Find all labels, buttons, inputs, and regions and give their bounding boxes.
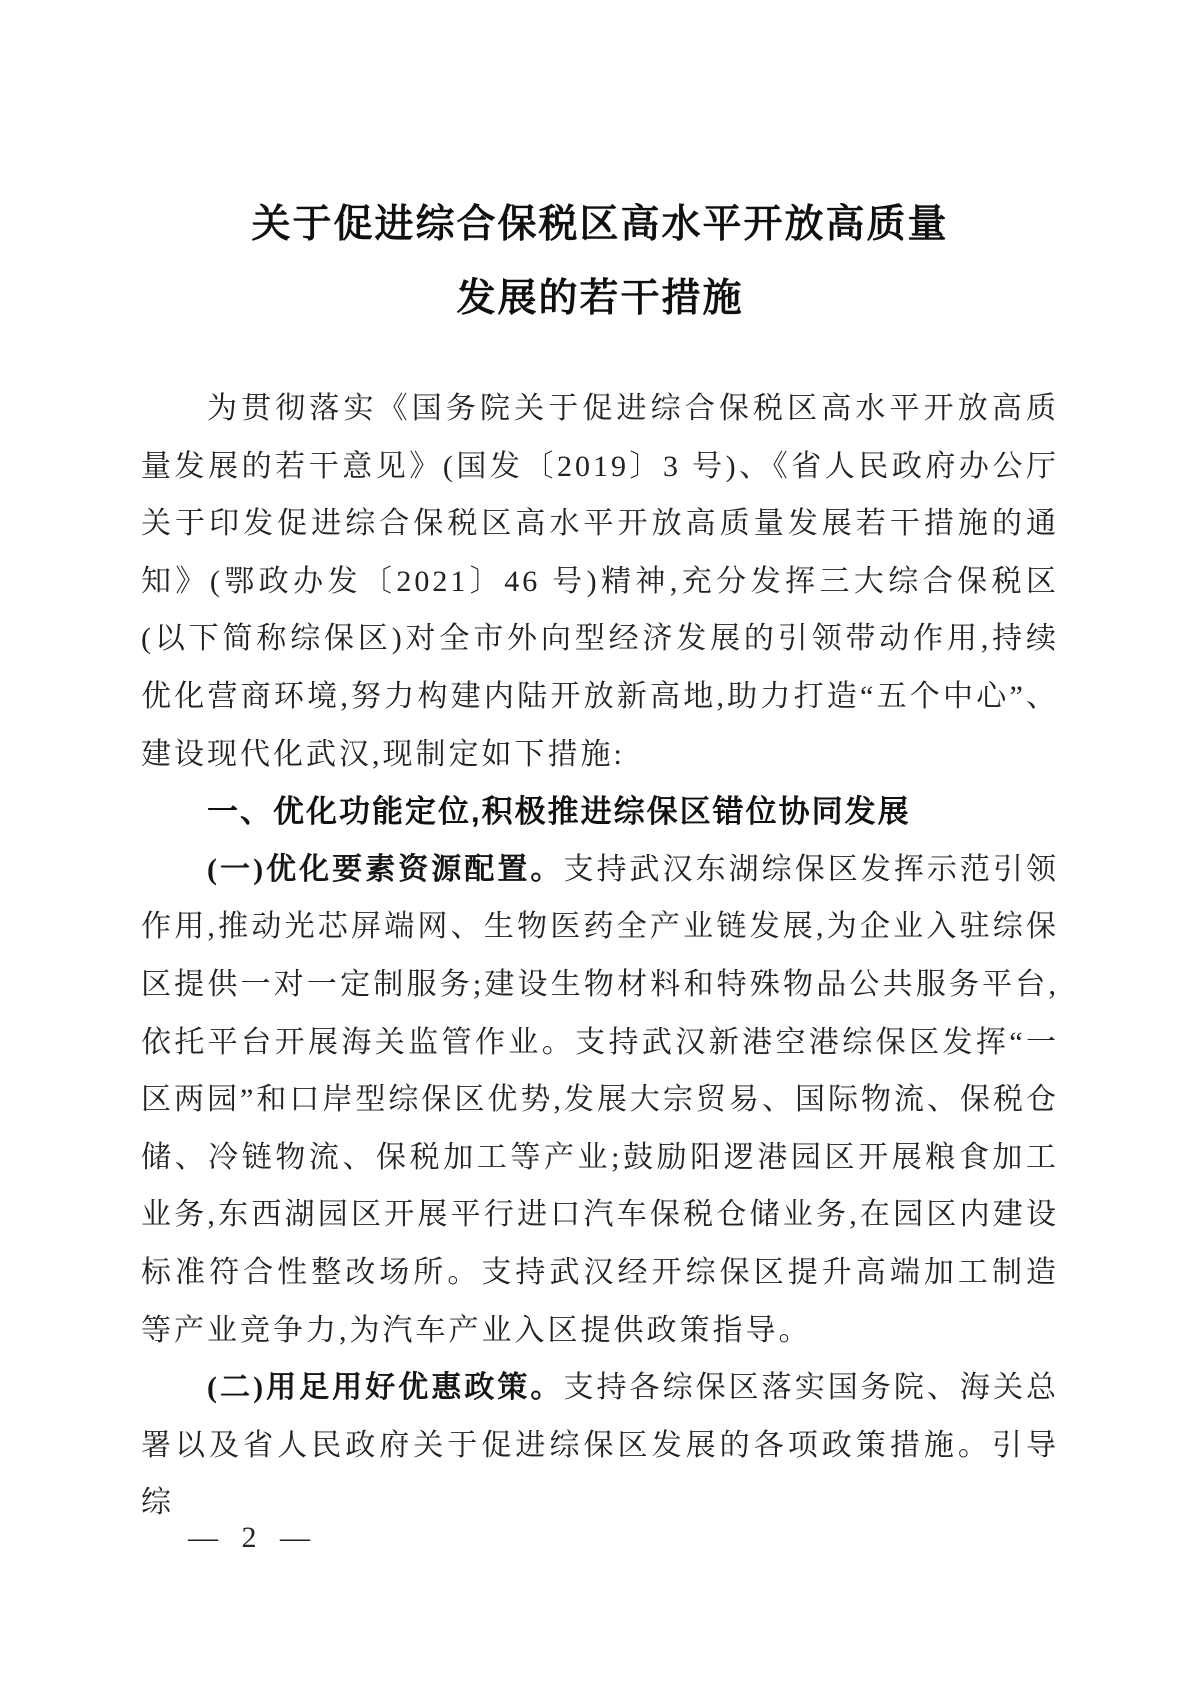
document-title: 关于促进综合保税区高水平开放高质量 发展的若干措施 (0, 188, 1200, 336)
document-body: 为贯彻落实《国务院关于促进综合保税区高水平开放高质量发展的若干意见》(国发〔20… (141, 380, 1059, 1532)
policy-item-2: (二)用足用好优惠政策。支持各综保区落实国务院、海关总署以及省人民政府关于促进综… (141, 1359, 1059, 1532)
policy-item-2-lead: (二)用足用好优惠政策。 (207, 1371, 563, 1404)
policy-item-1: (一)优化要素资源配置。支持武汉东湖综保区发挥示范引领作用,推动光芯屏端网、生物… (141, 841, 1059, 1359)
document-title-line1: 关于促进综合保税区高水平开放高质量 (0, 188, 1200, 262)
section-heading-1: 一、优化功能定位,积极推进综保区错位协同发展 (141, 783, 1059, 841)
policy-item-1-text: 支持武汉东湖综保区发挥示范引领作用,推动光芯屏端网、生物医药全产业链发展,为企业… (141, 853, 1059, 1347)
page-number: — 2 — (188, 1521, 318, 1555)
document-page: 关于促进综合保税区高水平开放高质量 发展的若干措施 为贯彻落实《国务院关于促进综… (0, 0, 1200, 1703)
document-title-line2: 发展的若干措施 (0, 262, 1200, 336)
intro-paragraph: 为贯彻落实《国务院关于促进综合保税区高水平开放高质量发展的若干意见》(国发〔20… (141, 380, 1059, 783)
policy-item-1-lead: (一)优化要素资源配置。 (207, 853, 563, 886)
